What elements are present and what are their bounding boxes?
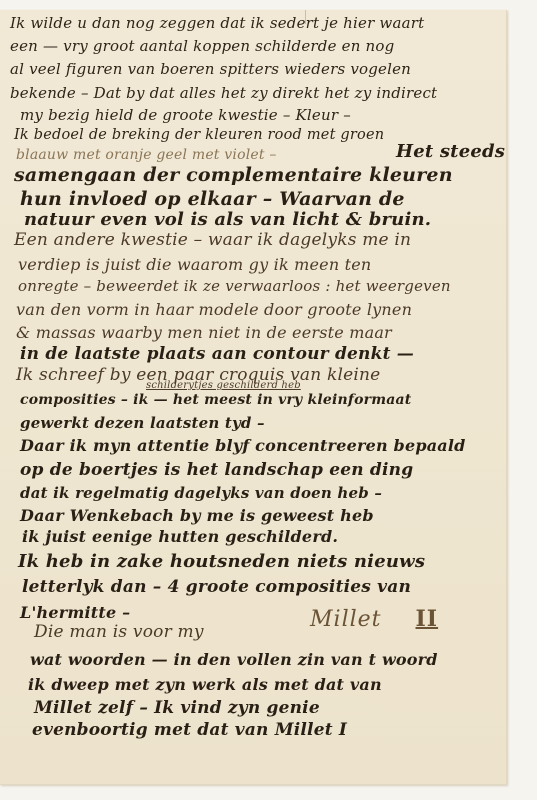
line-8: samengaan der complementaire kleuren: [14, 164, 453, 186]
line-22: dat ik regelmatig dagelyks van doen heb …: [20, 484, 382, 502]
line-11: Een andere kwestie – waar ik dagelyks me…: [14, 230, 411, 250]
line-27: L'hermitte –: [20, 603, 130, 622]
line-5: my bezig hield de groote kwestie – Kleur…: [20, 106, 351, 124]
line-9: hun invloed op elkaar – Waarvan de: [20, 188, 405, 210]
line-13: onregte – beweerdet ik ze verwaarloos : …: [18, 277, 451, 295]
line-14: van den vorm in haar modele door groote …: [16, 300, 412, 319]
line-20: Daar ik myn attentie blyf concentreeren …: [20, 436, 466, 455]
millet-heading: Millet II: [310, 606, 438, 632]
line-10: natuur even vol is als van licht & bruin…: [24, 209, 431, 230]
line-6: Ik bedoel de breking der kleuren rood me…: [14, 127, 384, 143]
line-15: & massas waarby men niet in de eerste ma…: [16, 323, 392, 342]
line-26: letterlyk dan – 4 groote composities van: [22, 577, 411, 597]
line-24: ik juist eenige hutten geschilderd.: [22, 527, 338, 546]
line-7-het-steeds: Het steeds: [396, 141, 505, 162]
line-17-insertion: schilderytjes geschilderd heb: [146, 380, 301, 391]
line-4: bekende – Dat by dat alles het zy direkt…: [10, 84, 437, 102]
line-23: Daar Wenkebach by me is geweest heb: [20, 506, 374, 525]
line-31: Millet zelf – Ik vind zyn genie: [34, 698, 320, 718]
line-16: in de laatste plaats aan contour denkt —: [20, 344, 414, 364]
line-3: al veel figuren van boeren spitters wied…: [10, 60, 411, 78]
line-28: Die man is voor my: [34, 622, 204, 642]
line-32: evenboortig met dat van Millet I: [32, 720, 347, 740]
line-19: gewerkt dezen laatsten tyd –: [20, 414, 265, 432]
line-21: op de boertjes is het landschap een ding: [20, 460, 413, 480]
line-1: Ik wilde u dan nog zeggen dat ik sedert …: [10, 14, 424, 32]
letter-page: Ik wilde u dan nog zeggen dat ik sedert …: [0, 10, 507, 785]
line-29: wat woorden — in den vollen zin van t wo…: [30, 650, 438, 669]
roman-numeral-two: II: [416, 606, 439, 632]
line-25: Ik heb in zake houtsneden niets nieuws: [18, 551, 425, 572]
line-18: composities – ik — het meest in vry klei…: [20, 392, 411, 408]
line-12: verdiep is juist die waarom gy ik meen t…: [18, 255, 371, 274]
line-2: een — vry groot aantal koppen schilderde…: [10, 37, 394, 55]
line-30: ik dweep met zyn werk als met dat van: [28, 675, 382, 694]
millet-name: Millet: [310, 607, 382, 632]
line-7-color-pairs: blaauw met oranje geel met violet –: [16, 147, 277, 163]
